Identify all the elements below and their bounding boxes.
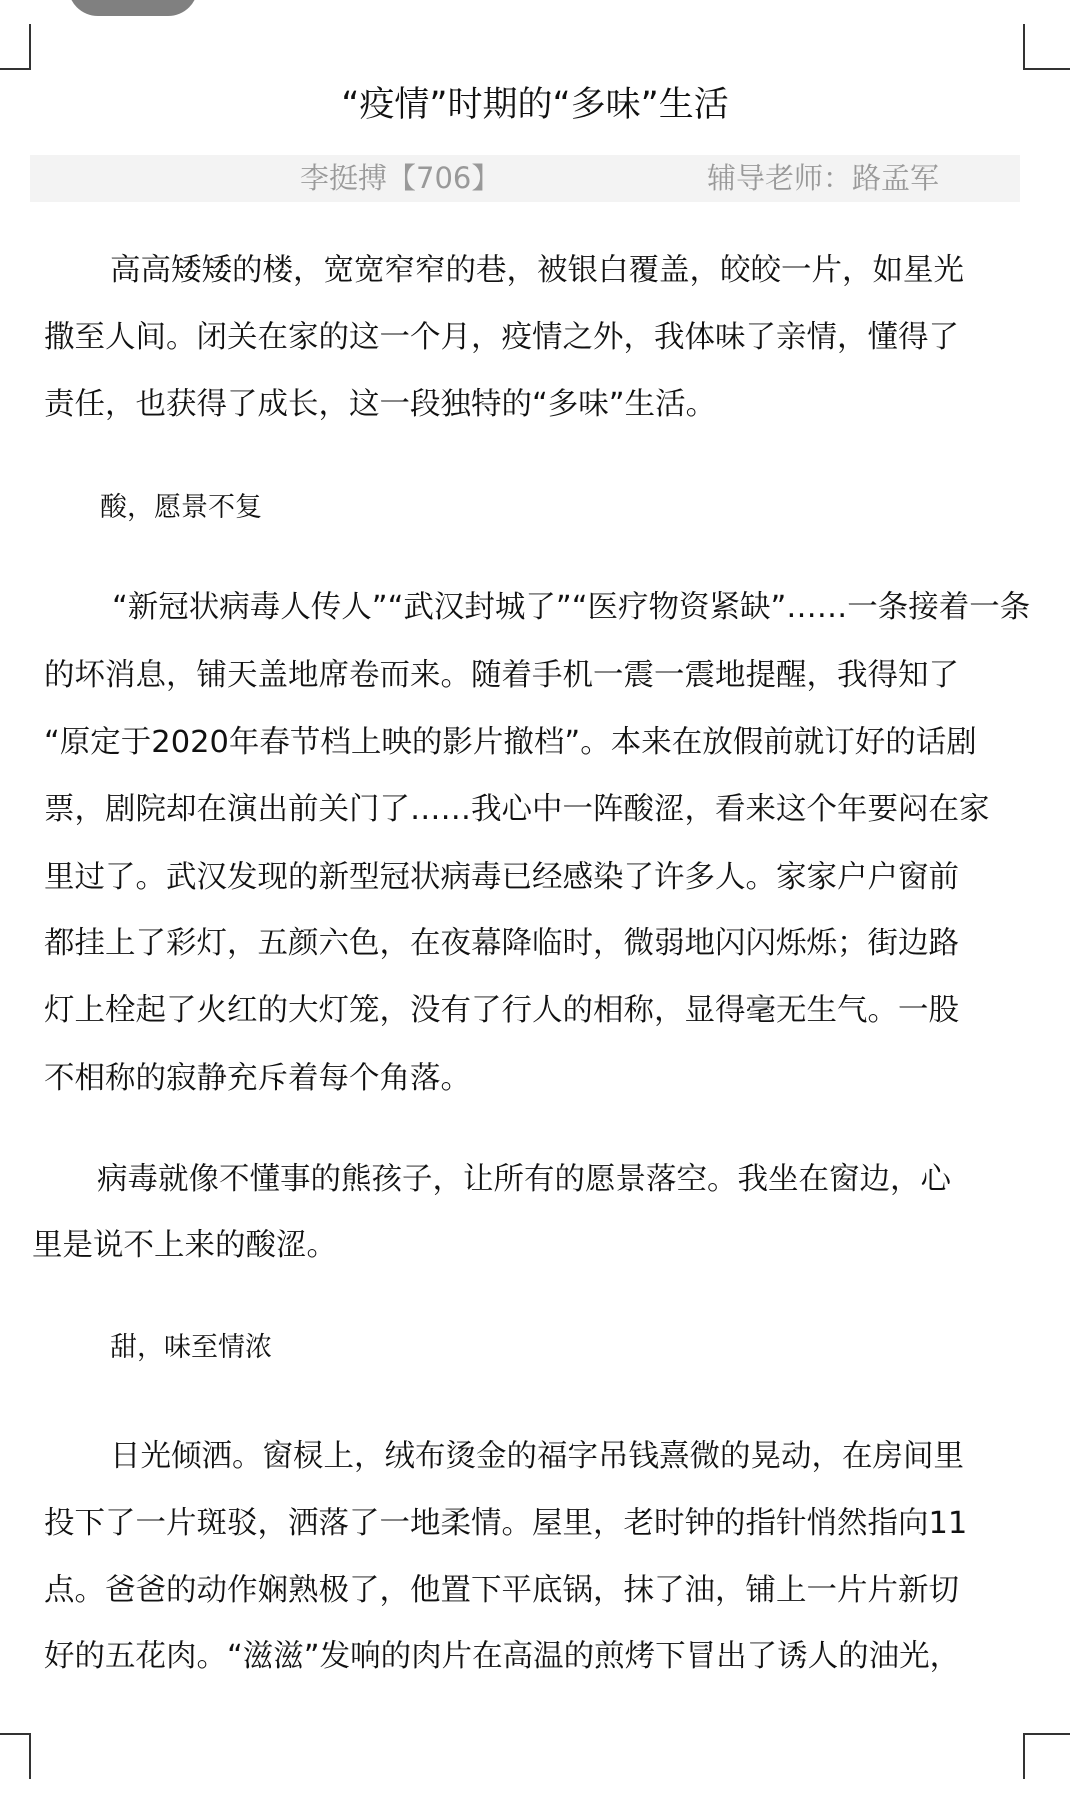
text-line: 里是说不上来的酸涩。 <box>32 1226 337 1266</box>
text-line: 里过了。武汉发现的新型冠状病毒已经感染了许多人。家家户户窗前 <box>44 858 959 898</box>
text-line: 点。爸爸的动作娴熟极了，他置下平底锅，抹了油，铺上一片片新切 <box>44 1571 959 1611</box>
section-heading-sweet: 甜，味至情浓 <box>110 1330 272 1366</box>
text-line: “新冠状病毒人传人”“武汉封城了”“医疗物资紧缺”……一条接着一条 <box>112 588 1030 628</box>
text-line: 的坏消息，铺天盖地席卷而来。随着手机一震一震地提醒，我得知了 <box>44 656 959 696</box>
author-name: 李挺搏【706】 <box>300 155 500 202</box>
text-line: 都挂上了彩灯，五颜六色，在夜幕降临时，微弱地闪闪烁烁；街边路 <box>44 924 959 964</box>
crop-mark-bottom-left <box>0 1733 31 1779</box>
text-line: “原定于2020年春节档上映的影片撤档”。本来在放假前就订好的话剧 <box>44 723 977 763</box>
text-line: 日光倾洒。窗棂上，绒布烫金的福字吊钱熹微的晃动，在房间里 <box>110 1437 964 1477</box>
section-heading-sour: 酸，愿景不复 <box>100 490 262 526</box>
text-line: 病毒就像不懂事的熊孩子，让所有的愿景落空。我坐在窗边，心 <box>97 1160 951 1200</box>
text-line: 票，剧院却在演出前关门了……我心中一阵酸涩，看来这个年要闷在家 <box>44 790 990 830</box>
byline-bar: 李挺搏【706】 辅导老师：路孟军 <box>30 155 1020 202</box>
text-line: 投下了一片斑驳，洒落了一地柔情。屋里，老时钟的指针悄然指向11 <box>44 1504 967 1544</box>
text-line: 撒至人间。闭关在家的这一个月，疫情之外，我体味了亲情，懂得了 <box>44 318 959 358</box>
crop-mark-top-right <box>1023 24 1070 70</box>
document-title: “疫情”时期的“多味”生活 <box>0 82 1070 128</box>
text-line: 好的五花肉。“滋滋”发响的肉片在高温的煎烤下冒出了诱人的油光， <box>44 1637 960 1677</box>
text-line: 高高矮矮的楼，宽宽窄窄的巷，被银白覆盖，皎皎一片，如星光 <box>110 251 964 291</box>
crop-mark-top-left <box>0 24 31 70</box>
top-scroll-handle[interactable] <box>68 0 198 16</box>
text-line: 不相称的寂静充斥着每个角落。 <box>44 1059 471 1099</box>
teacher-name: 辅导老师：路孟军 <box>707 155 939 202</box>
text-line: 灯上栓起了火红的大灯笼，没有了行人的相称，显得毫无生气。一股 <box>44 991 959 1031</box>
crop-mark-bottom-right <box>1023 1733 1070 1779</box>
text-line: 责任，也获得了成长，这一段独特的“多味”生活。 <box>44 385 716 425</box>
